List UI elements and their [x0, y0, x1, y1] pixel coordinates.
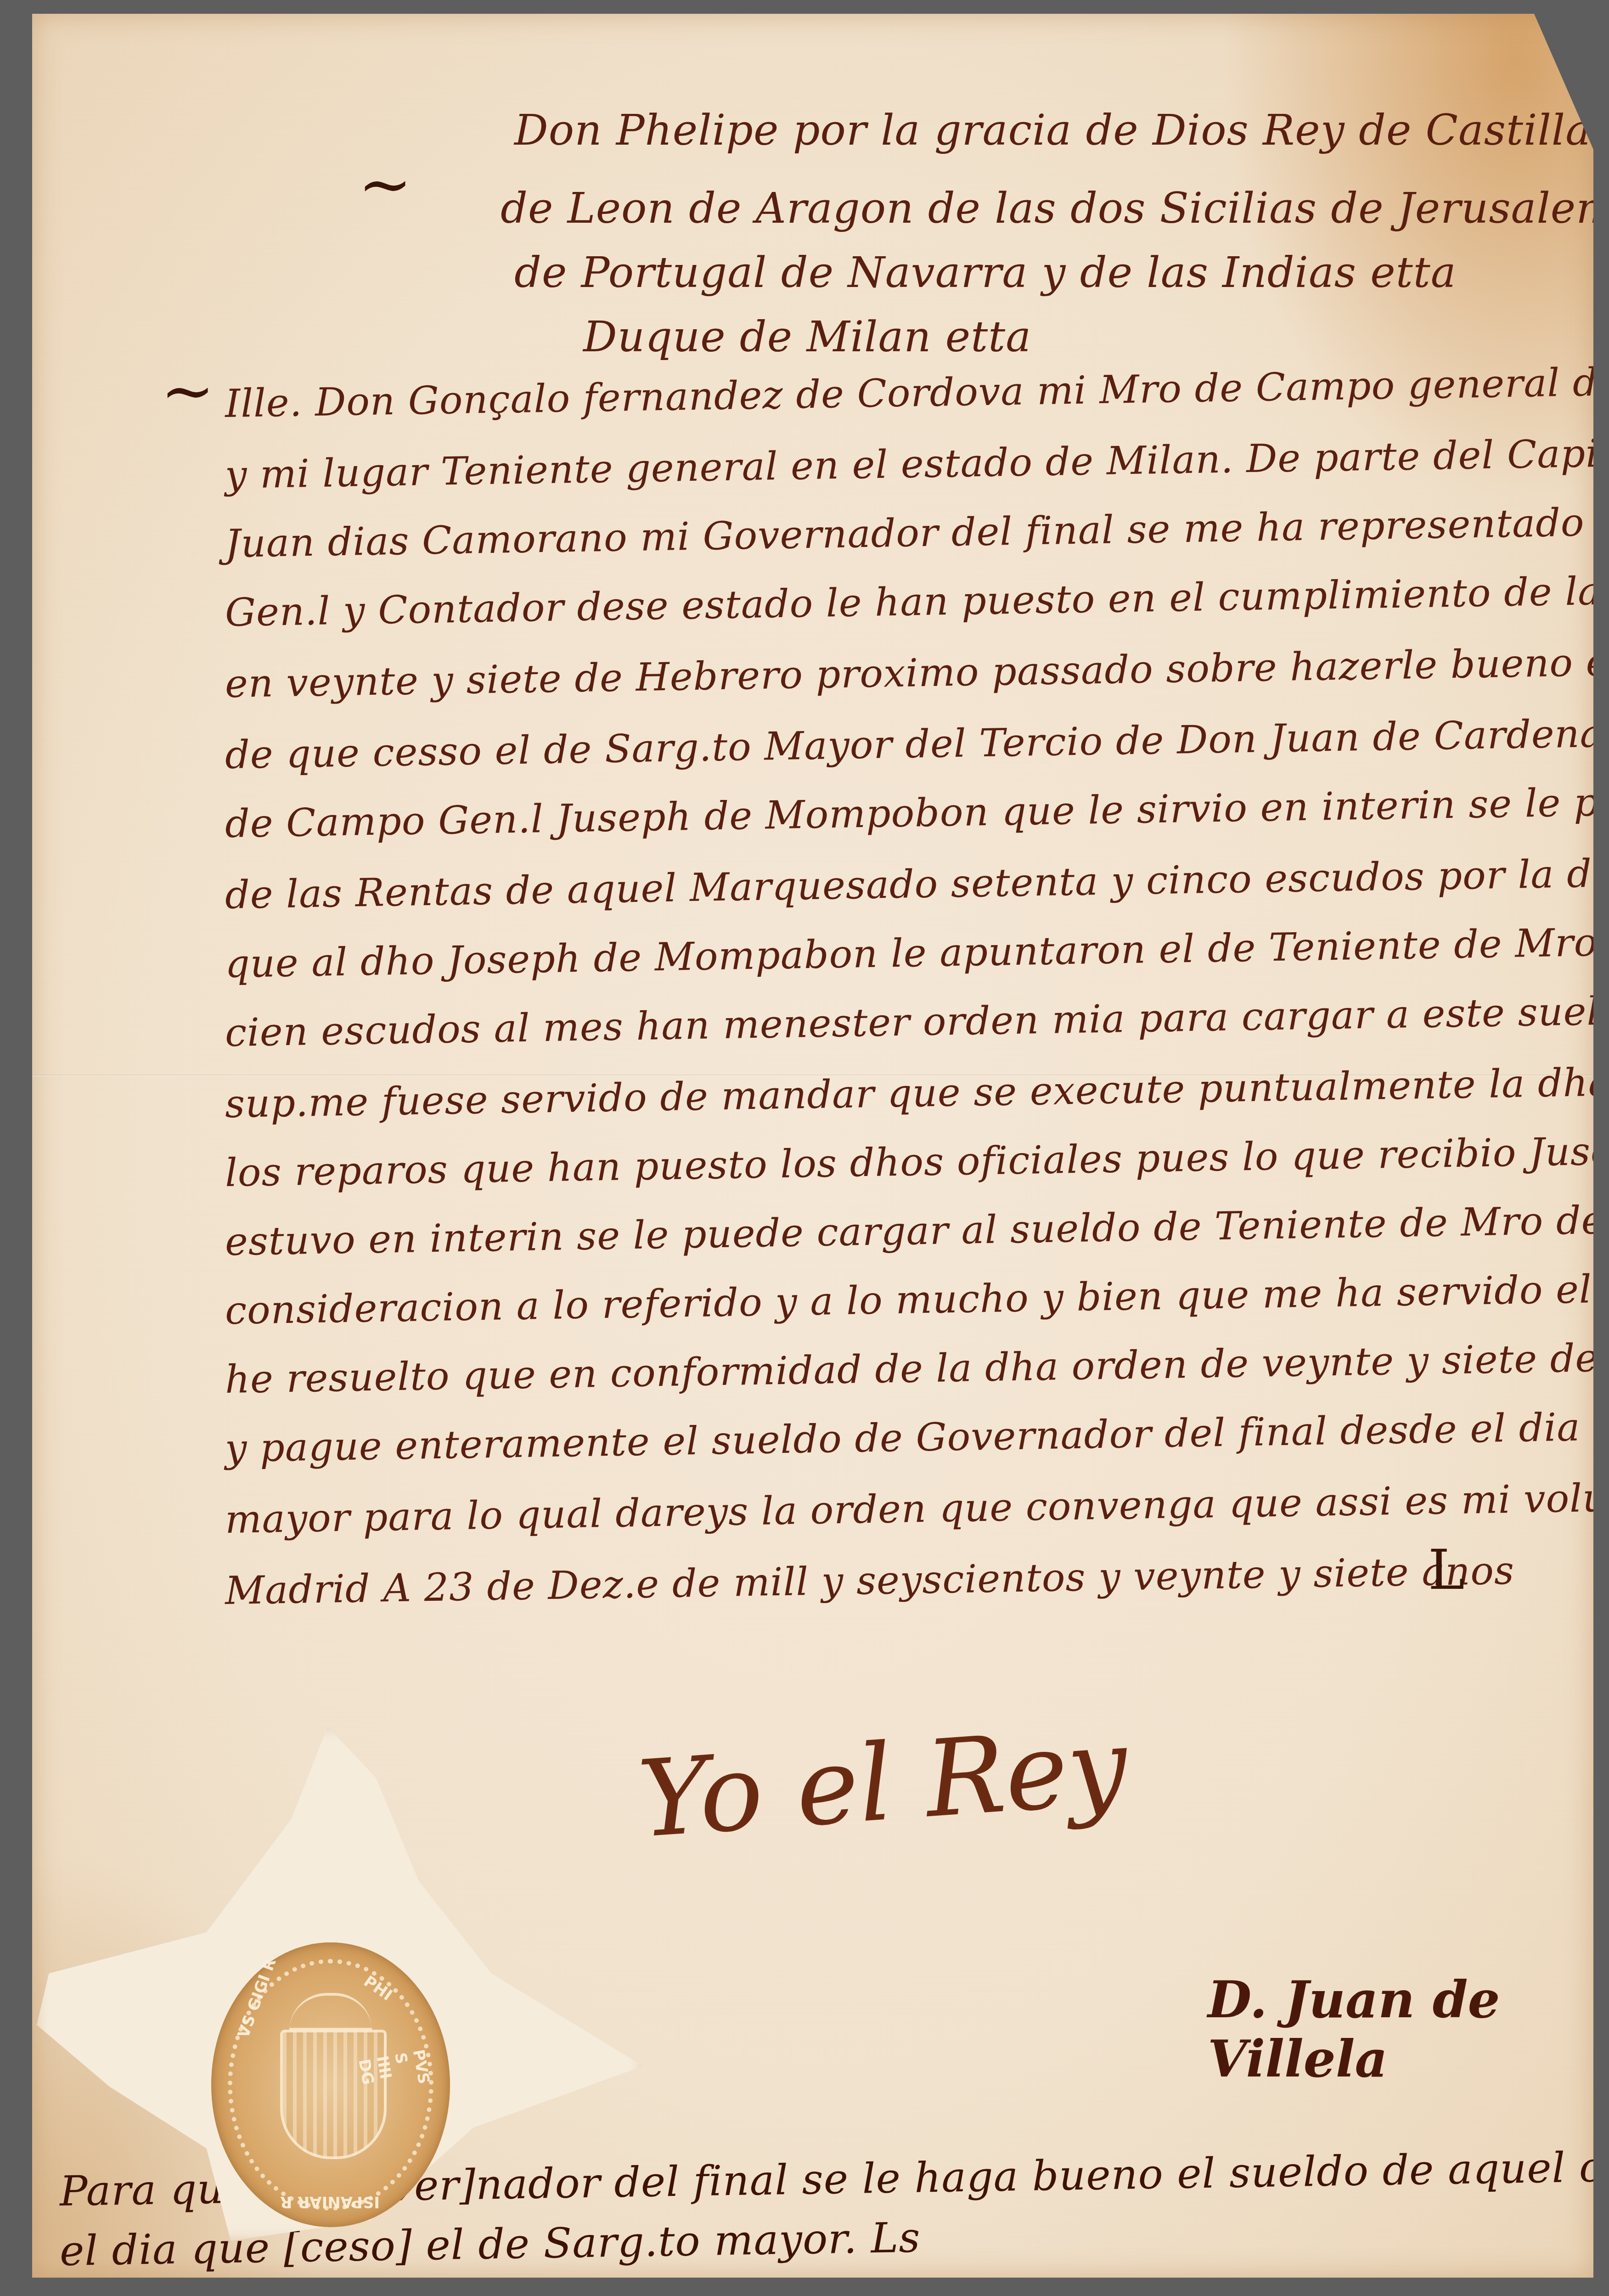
- body-line-6: de que cesso el de Sarg.to Mayor del Ter…: [225, 700, 1609, 777]
- heading-line-1: Don Phelipe por la gracia de Dios Rey de…: [514, 106, 1591, 155]
- seal-legend-bottom: ISPANIAR R: [280, 2193, 380, 2211]
- coat-of-arms-shield-icon: [280, 2030, 387, 2159]
- body-line-13: estuvo en interin se le puede cargar al …: [225, 1190, 1609, 1264]
- heading-flourish-mark: ~: [358, 147, 412, 222]
- royal-seal-emblem: VS GIGI R PHI PVS S IIII DG ISPANIAR R: [211, 1942, 450, 2227]
- body-line-5: en veynte y siete de Hebrero proximo pas…: [225, 630, 1609, 706]
- body-line-3: Juan dias Camorano mi Governador del fin…: [225, 493, 1609, 566]
- body-line-10: cien escudos al mes han menester orden m…: [225, 980, 1609, 1055]
- body-line-17: mayor para lo qual dareys la orden que c…: [225, 1471, 1609, 1542]
- heading-line-3: de Portugal de Navarra y de las Indias e…: [514, 248, 1457, 297]
- body-line-4: Gen.l y Contador dese estado le han pues…: [225, 562, 1609, 635]
- body-line-8: de las Rentas de aquel Marquesado setent…: [225, 844, 1609, 917]
- body-line-18: Madrid A 23 de Dez.e de mill y seyscient…: [225, 1548, 1515, 1613]
- body-line-1: Ille. Don Gonçalo fernandez de Cordova m…: [225, 352, 1609, 426]
- secretary-signature: D. Juan de Villela: [1208, 1970, 1593, 2088]
- body-flourish-mark: ~: [161, 354, 214, 428]
- body-line-11: sup.me fuese servido de mandar que se ex…: [225, 1052, 1609, 1126]
- heading-line-2: de Leon de Aragon de las dos Sicilias de…: [501, 184, 1609, 233]
- royal-signature: Yo el Rey: [635, 1705, 1131, 1862]
- body-line-16: y pague enteramente el sueldo de Governa…: [225, 1396, 1609, 1471]
- body-line-2: y mi lugar Teniente general en el estado…: [225, 424, 1609, 497]
- body-line-7: de Campo Gen.l Juseph de Mompobon que le…: [225, 771, 1609, 846]
- endorsement-line-2: el dia que [ceso] el de Sarg.to mayor. L…: [59, 2214, 921, 2275]
- body-line-12: los reparos que han puesto los dhos ofic…: [225, 1120, 1609, 1195]
- body-line-14: consideracion a lo referido y a lo mucho…: [225, 1259, 1609, 1333]
- body-line-15: he resuelto que en conformidad de la dha…: [225, 1327, 1609, 1402]
- body-line-9: que al dho Joseph de Mompabon le apuntar…: [225, 912, 1609, 986]
- heading-line-4: Duque de Milan etta: [583, 312, 1031, 361]
- closing-flourish-mark: L: [1428, 1538, 1465, 1602]
